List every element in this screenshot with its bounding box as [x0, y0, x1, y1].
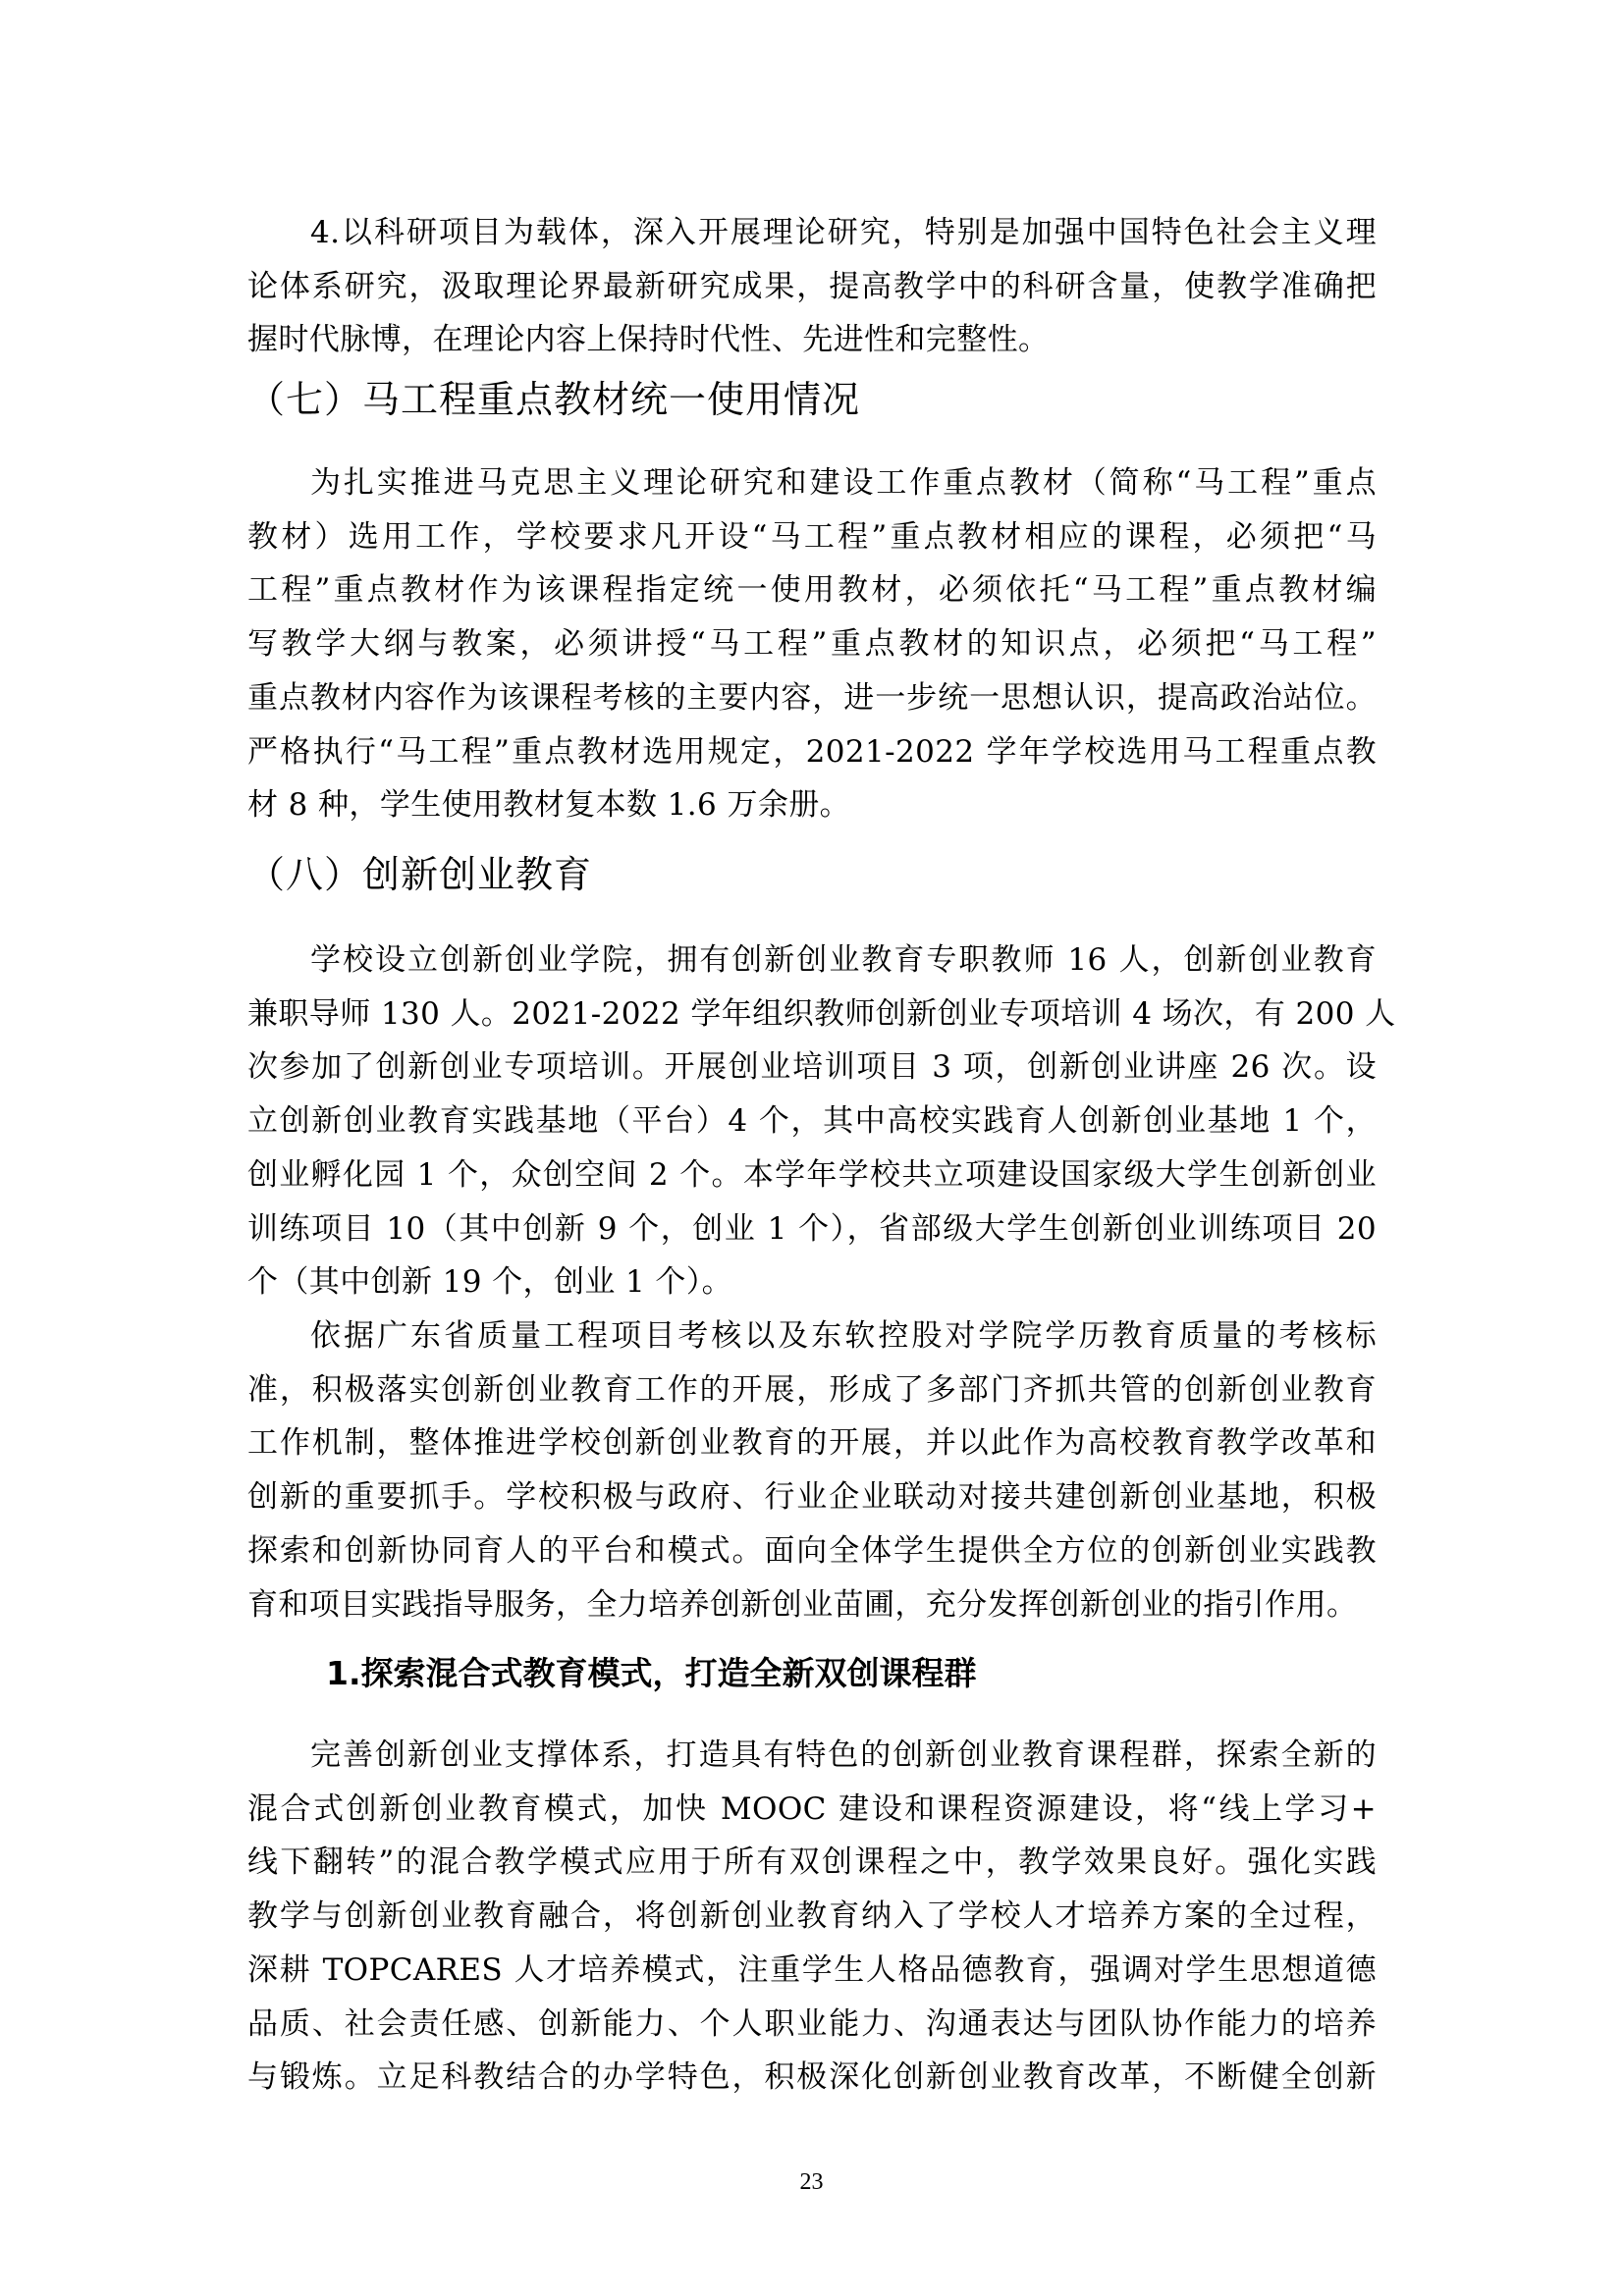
text-line: 教材）选用工作，学校要求凡开设“马工程”重点教材相应的课程，必须把“马	[247, 510, 1377, 564]
text-line: 创业孵化园 1 个，众创空间 2 个。本学年学校共立项建设国家级大学生创新创业	[247, 1148, 1377, 1202]
section-heading-innovation-entrepreneurship: （八）创新创业教育	[247, 850, 1377, 899]
text-line: 深耕 TOPCARES 人才培养模式，注重学生人格品德教育，强调对学生思想道德	[247, 1944, 1377, 1998]
paragraph-quality-assessment: 依据广东省质量工程项目考核以及东软控股对学院学历教育质量的考核标 准，积极落实创…	[247, 1309, 1377, 1631]
text-line: 为扎实推进马克思主义理论研究和建设工作重点教材（简称“马工程”重点	[247, 456, 1377, 510]
paragraph-innovation-college: 学校设立创新创业学院，拥有创新创业教育专职教师 16 人，创新创业教育 兼职导师…	[247, 934, 1377, 1309]
text-line: 立创新创业教育实践基地（平台）4 个，其中高校实践育人创新创业基地 1 个，	[247, 1095, 1377, 1148]
paragraph-research-projects: 4.以科研项目为载体，深入开展理论研究，特别是加强中国特色社会主义理 论体系研究…	[247, 206, 1377, 367]
text-line: 混合式创新创业教育模式，加快 MOOC 建设和课程资源建设，将“线上学习+	[247, 1783, 1377, 1837]
text-line: 准，积极落实创新创业教育工作的开展，形成了多部门齐抓共管的创新创业教育	[247, 1363, 1377, 1417]
text-line: 品质、社会责任感、创新能力、个人职业能力、沟通表达与团队协作能力的培养	[247, 1998, 1377, 2052]
text-line: 材 8 种，学生使用教材复本数 1.6 万余册。	[247, 778, 1377, 832]
text-line: 工程”重点教材作为该课程指定统一使用教材，必须依托“马工程”重点教材编	[247, 563, 1377, 617]
text-line: 兼职导师 130 人。2021-2022 学年组织教师创新创业专项培训 4 场次…	[247, 988, 1377, 1041]
document-page: 4.以科研项目为载体，深入开展理论研究，特别是加强中国特色社会主义理 论体系研究…	[0, 0, 1623, 2296]
text-line: 教学与创新创业教育融合，将创新创业教育纳入了学校人才培养方案的全过程，	[247, 1890, 1377, 1944]
text-line: 依据广东省质量工程项目考核以及东软控股对学院学历教育质量的考核标	[247, 1309, 1377, 1363]
text-line: 写教学大纲与教案，必须讲授“马工程”重点教材的知识点，必须把“马工程”	[247, 617, 1377, 671]
text-line: 工作机制，整体推进学校创新创业教育的开展，并以此作为高校教育教学改革和	[247, 1416, 1377, 1470]
text-line: 完善创新创业支撑体系，打造具有特色的创新创业教育课程群，探索全新的	[247, 1729, 1377, 1783]
text-line: 次参加了创新创业专项培训。开展创业培训项目 3 项，创新创业讲座 26 次。设	[247, 1041, 1377, 1095]
text-line: 训练项目 10（其中创新 9 个，创业 1 个），省部级大学生创新创业训练项目 …	[247, 1202, 1377, 1256]
subsection-heading-blended-education: 1.探索混合式教育模式，打造全新双创课程群	[326, 1651, 977, 1696]
text-line: 与锻炼。立足科教结合的办学特色，积极深化创新创业教育改革，不断健全创新	[247, 2051, 1377, 2105]
text-line: 严格执行“马工程”重点教材选用规定，2021-2022 学年学校选用马工程重点教	[247, 725, 1377, 779]
text-line: 学校设立创新创业学院，拥有创新创业教育专职教师 16 人，创新创业教育	[247, 934, 1377, 988]
text-line: 育和项目实践指导服务，全力培养创新创业苗圃，充分发挥创新创业的指引作用。	[247, 1578, 1377, 1632]
paragraph-blended-courses: 完善创新创业支撑体系，打造具有特色的创新创业教育课程群，探索全新的 混合式创新创…	[247, 1729, 1377, 2105]
text-line: 4.以科研项目为载体，深入开展理论研究，特别是加强中国特色社会主义理	[247, 206, 1377, 260]
text-line: 探索和创新协同育人的平台和模式。面向全体学生提供全方位的创新创业实践教	[247, 1524, 1377, 1578]
text-line: 握时代脉博，在理论内容上保持时代性、先进性和完整性。	[247, 313, 1377, 367]
section-heading-ma-project-textbooks: （七）马工程重点教材统一使用情况	[247, 375, 1377, 424]
text-line: 论体系研究，汲取理论界最新研究成果，提高教学中的科研含量，使教学准确把	[247, 260, 1377, 314]
paragraph-ma-project-textbooks: 为扎实推进马克思主义理论研究和建设工作重点教材（简称“马工程”重点 教材）选用工…	[247, 456, 1377, 832]
page-number: 23	[0, 2167, 1623, 2197]
text-line: 线下翻转”的混合教学模式应用于所有双创课程之中，教学效果良好。强化实践	[247, 1836, 1377, 1890]
text-line: 个（其中创新 19 个，创业 1 个）。	[247, 1255, 1377, 1309]
text-line: 创新的重要抓手。学校积极与政府、行业企业联动对接共建创新创业基地，积极	[247, 1470, 1377, 1524]
text-line: 重点教材内容作为该课程考核的主要内容，进一步统一思想认识，提高政治站位。	[247, 671, 1377, 725]
